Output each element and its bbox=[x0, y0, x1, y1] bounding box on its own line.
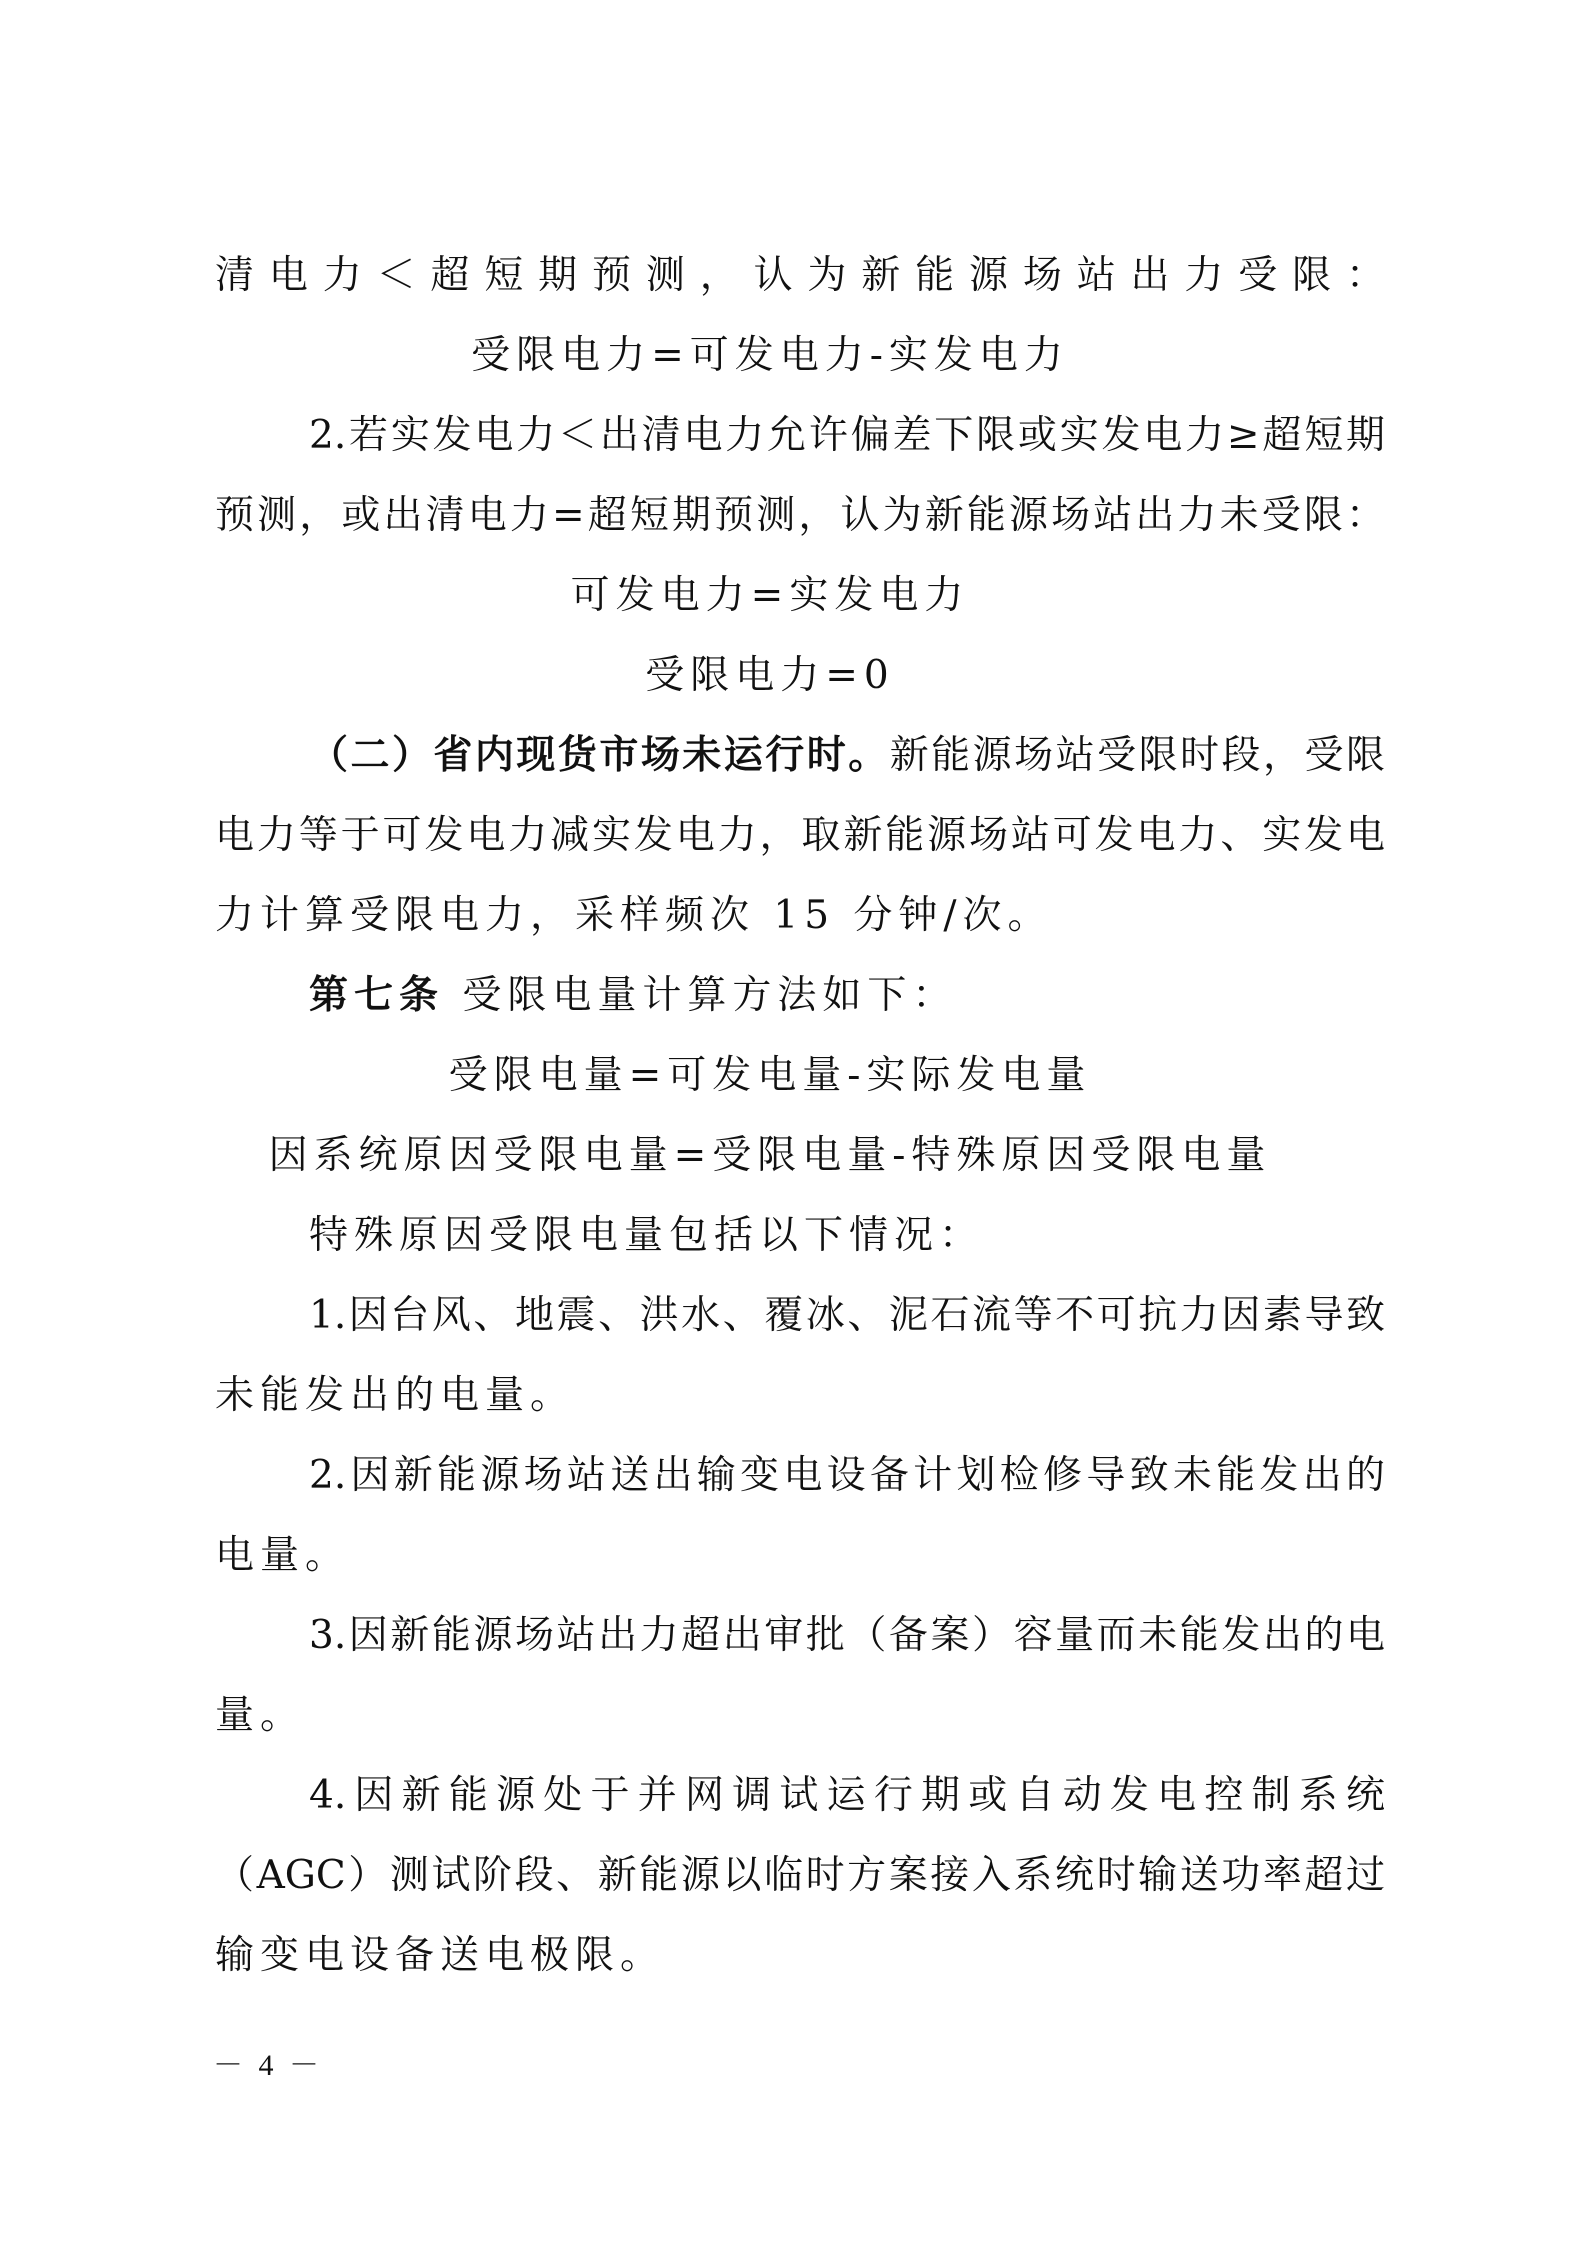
formula-line: 可发电力=实发电力 bbox=[215, 556, 1385, 636]
list-item-line: 3.因新能源场站出力超出审批（备案）容量而未能发出的电 bbox=[215, 1596, 1385, 1676]
formula-line: 受限电力=0 bbox=[215, 636, 1385, 716]
list-item-line: 2.因新能源场站送出输变电设备计划检修导致未能发出的 bbox=[215, 1436, 1385, 1516]
paragraph-line: 2.若实发电力＜出清电力允许偏差下限或实发电力≥超短期 bbox=[215, 396, 1385, 476]
formula-line: 因系统原因受限电量=受限电量-特殊原因受限电量 bbox=[215, 1116, 1385, 1196]
paragraph-text: 新能源场站受限时段，受限 bbox=[890, 733, 1385, 778]
page-number: － 4 － bbox=[213, 2040, 323, 2084]
list-item-line: 输变电设备送电极限。 bbox=[215, 1916, 1385, 1996]
list-item-line: 电量。 bbox=[215, 1516, 1385, 1596]
paragraph-line: 特殊原因受限电量包括以下情况： bbox=[215, 1196, 1385, 1276]
list-item-line: （AGC）测试阶段、新能源以临时方案接入系统时输送功率超过 bbox=[215, 1836, 1385, 1916]
list-item-line: 量。 bbox=[215, 1676, 1385, 1756]
paragraph-line: 预测，或出清电力=超短期预测，认为新能源场站出力未受限： bbox=[215, 476, 1385, 556]
article-number: 第七条 bbox=[309, 973, 444, 1018]
article-title: 受限电量计算方法如下： bbox=[444, 973, 957, 1018]
document-page: 清电力＜超短期预测，认为新能源场站出力受限： 受限电力=可发电力-实发电力 2.… bbox=[0, 0, 1587, 2245]
body-text: 清电力＜超短期预测，认为新能源场站出力受限： 受限电力=可发电力-实发电力 2.… bbox=[215, 236, 1385, 1996]
paragraph-line: 电力等于可发电力减实发电力，取新能源场站可发电力、实发电 bbox=[215, 796, 1385, 876]
section-heading: （二）省内现货市场未运行时。 bbox=[309, 733, 890, 778]
list-item-line: 未能发出的电量。 bbox=[215, 1356, 1385, 1436]
list-item-line: 1.因台风、地震、洪水、覆冰、泥石流等不可抗力因素导致 bbox=[215, 1276, 1385, 1356]
formula-line: 受限电力=可发电力-实发电力 bbox=[215, 316, 1385, 396]
article-heading-line: 第七条 受限电量计算方法如下： bbox=[215, 956, 1385, 1036]
formula-line: 受限电量=可发电量-实际发电量 bbox=[215, 1036, 1385, 1116]
paragraph-line: 力计算受限电力，采样频次 15 分钟/次。 bbox=[215, 876, 1385, 956]
list-item-line: 4.因新能源处于并网调试运行期或自动发电控制系统 bbox=[215, 1756, 1385, 1836]
section-heading-line: （二）省内现货市场未运行时。新能源场站受限时段，受限 bbox=[215, 716, 1385, 796]
paragraph-line: 清电力＜超短期预测，认为新能源场站出力受限： bbox=[215, 236, 1385, 316]
